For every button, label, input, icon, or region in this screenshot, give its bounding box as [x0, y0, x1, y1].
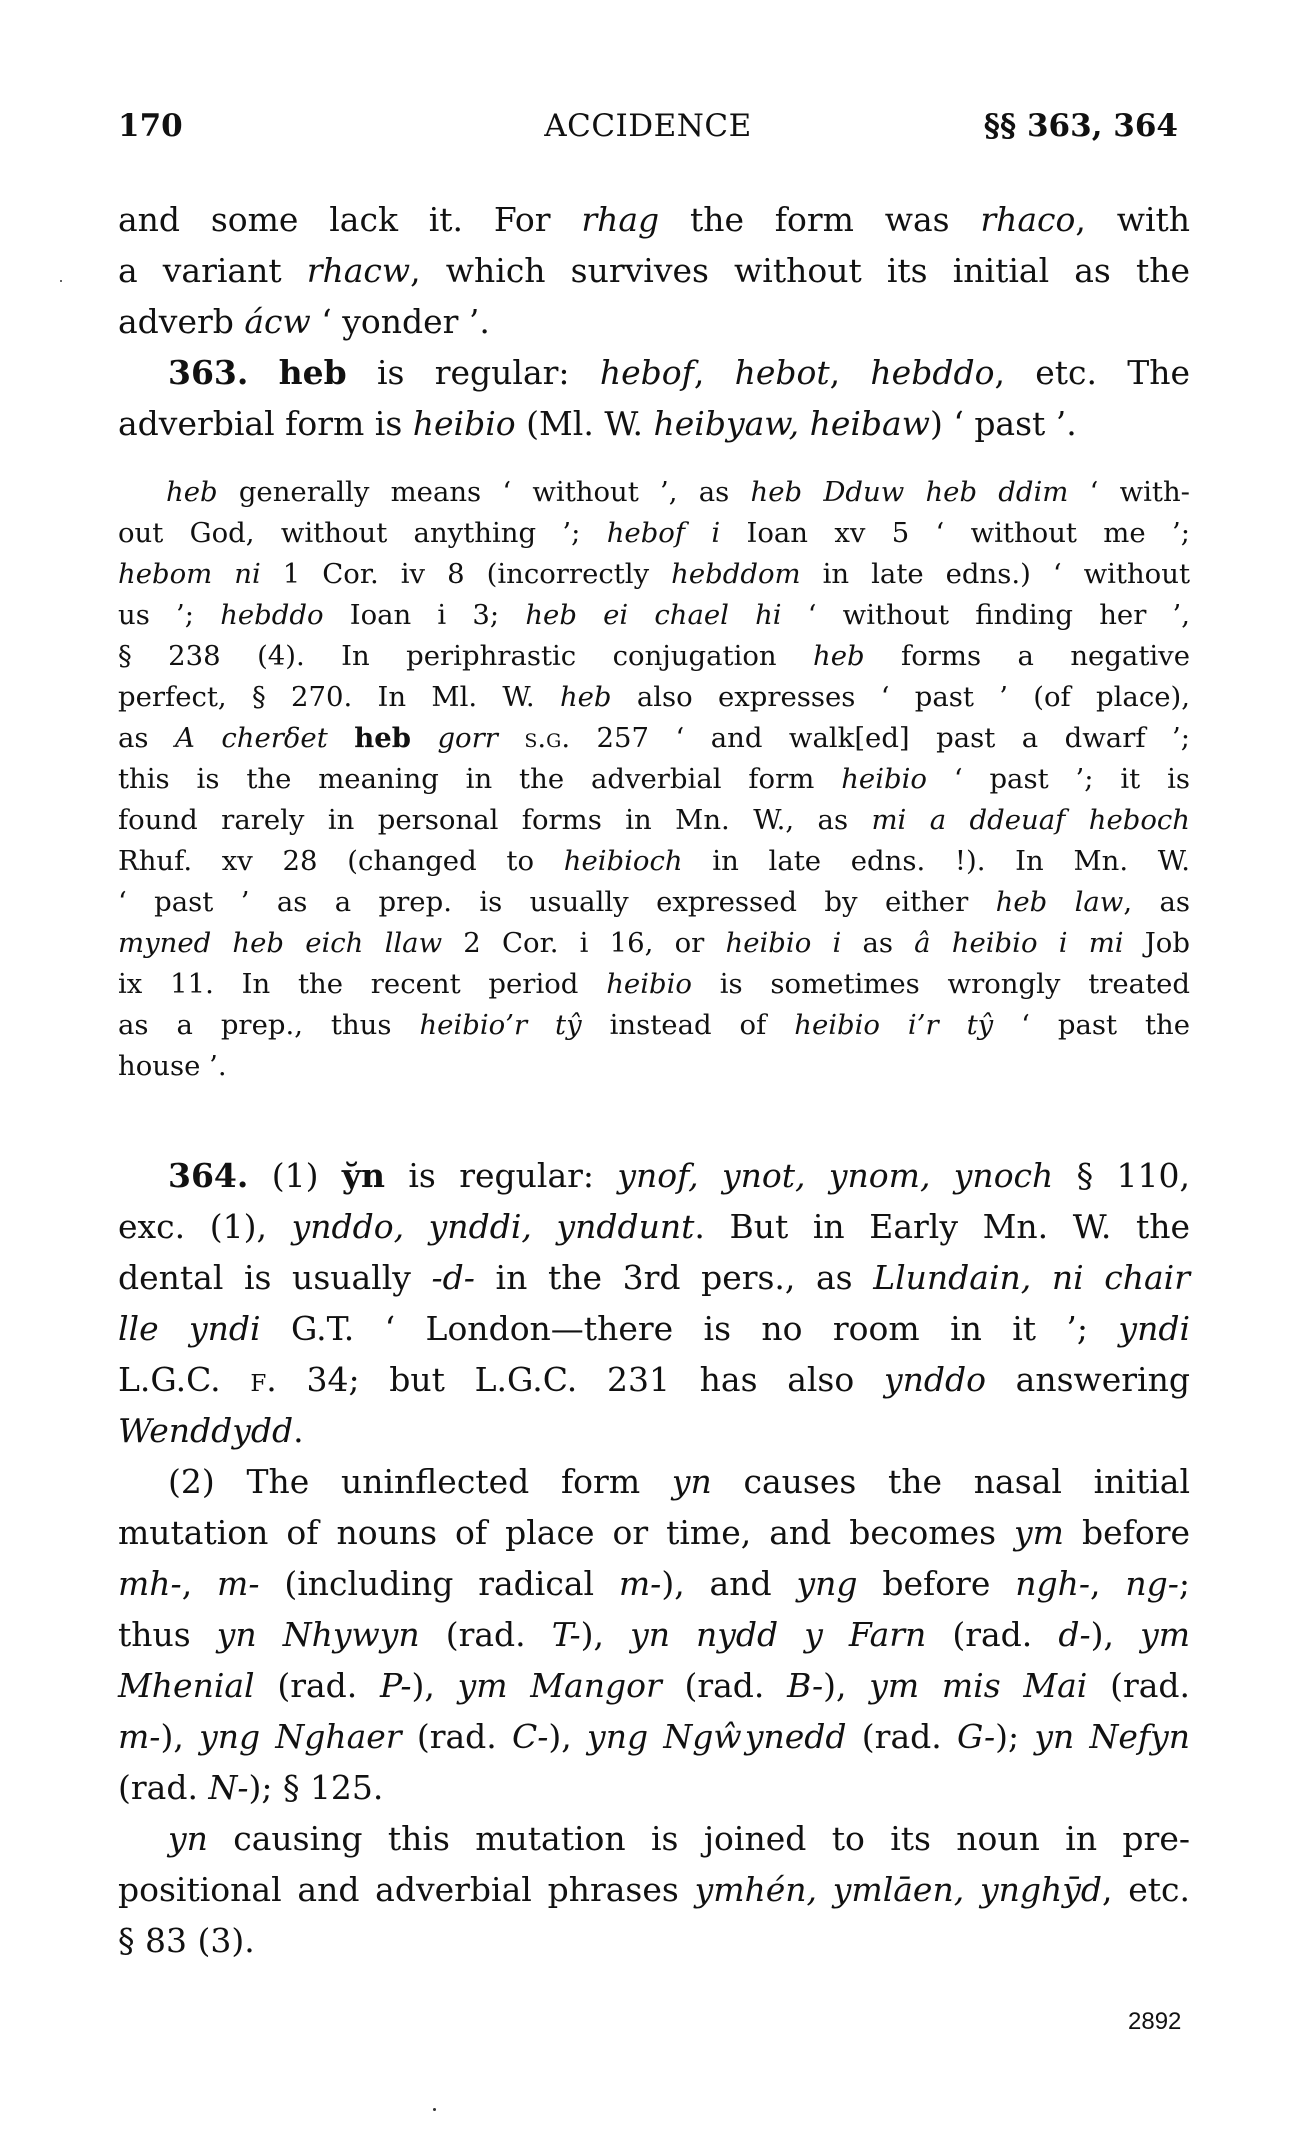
text-line: mh-, m- (including radical m-), and yng …	[118, 1558, 1190, 1609]
text-line: out God, without anything ’; hebof i Ioa…	[118, 513, 1190, 554]
headword: heb	[279, 353, 347, 392]
text-line: a variant rhacw, which survives without …	[118, 245, 1190, 296]
text-line: and some lack it. For rhag the form was …	[118, 194, 1190, 245]
text-line: 363. heb is regular: hebof, hebot, hebdd…	[118, 347, 1190, 398]
text-line: exc. (1), ynddo, ynddi, ynddunt. But in …	[118, 1201, 1190, 1252]
text-line: myned heb eich llaw 2 Cor. i 16, or heib…	[118, 923, 1190, 964]
section-range: §§ 363, 364	[984, 104, 1178, 148]
text-line: L.G.C. f. 34; but L.G.C. 231 has also yn…	[118, 1354, 1190, 1405]
text-line: perfect, § 270. In Ml. W. heb also expre…	[118, 677, 1190, 718]
text-line: adverbial form is heibio (Ml. W. heibyaw…	[118, 398, 1190, 449]
text-line: house ’.	[118, 1046, 1190, 1087]
text-line: Rhuf. xv 28 (changed to heibioch in late…	[118, 841, 1190, 882]
text-line: 364. (1) y̆n is regular: ynof, ynot, yno…	[118, 1150, 1190, 1201]
text-line: this is the meaning in the adverbial for…	[118, 759, 1190, 800]
text-line: found rarely in personal forms in Mn. W.…	[118, 800, 1190, 841]
text-line: as A cherδet heb gorr s.g. 257 ‘ and wal…	[118, 718, 1190, 759]
text-line: (rad. N-); § 125.	[118, 1762, 1190, 1813]
text-line: mutation of nouns of place or time, and …	[118, 1507, 1190, 1558]
continued-paragraph: and some lack it. For rhag the form was …	[118, 194, 1190, 347]
text-line: us ’; hebddo Ioan i 3; heb ei chael hi ‘…	[118, 595, 1190, 636]
text-line: positional and adverbial phrases ymhén, …	[118, 1864, 1190, 1915]
text-line: dental is usually -d- in the 3rd pers., …	[118, 1252, 1190, 1303]
section-364: 364. (1) y̆n is regular: ynof, ynot, yno…	[118, 1150, 1190, 1966]
text-line: as a prep., thus heibio’r tŷ instead of …	[118, 1005, 1190, 1046]
note-363-small-print: heb generally means ‘ without ’, as heb …	[118, 472, 1190, 1087]
text-line: thus yn Nhywyn (rad. T-), yn nydd y Farn…	[118, 1609, 1190, 1660]
text-line: ‘ past ’ as a prep. is usually expressed…	[118, 882, 1190, 923]
running-head: 170 ACCIDENCE §§ 363, 364	[118, 104, 1178, 148]
image-number: 2892	[1128, 2008, 1181, 2036]
text-line: lle yndi G.T. ‘ London—there is no room …	[118, 1303, 1190, 1354]
scan-speck	[60, 280, 62, 282]
text-line: (2) The uninflected form yn causes the n…	[118, 1456, 1190, 1507]
text-line: Wenddydd.	[118, 1405, 1190, 1456]
text-line: yn causing this mutation is joined to it…	[118, 1813, 1190, 1864]
text-line: m-), yng Nghaer (rad. C-), yng Ngŵynedd …	[118, 1711, 1190, 1762]
text-line: § 83 (3).	[118, 1915, 1190, 1966]
scan-speck	[433, 2108, 436, 2111]
text-line: hebom ni 1 Cor. iv 8 (incorrectly hebddo…	[118, 554, 1190, 595]
text-line: Mhenial (rad. P-), ym Mangor (rad. B-), …	[118, 1660, 1190, 1711]
section-363: 363. heb is regular: hebof, hebot, hebdd…	[118, 347, 1190, 449]
section-number: 363.	[168, 353, 248, 392]
text-line: adverb ácw ‘ yonder ’.	[118, 296, 1190, 347]
text-line: heb generally means ‘ without ’, as heb …	[118, 472, 1190, 513]
text-line: § 238 (4). In periphrastic conjugation h…	[118, 636, 1190, 677]
text-line: ix 11. In the recent period heibio is so…	[118, 964, 1190, 1005]
